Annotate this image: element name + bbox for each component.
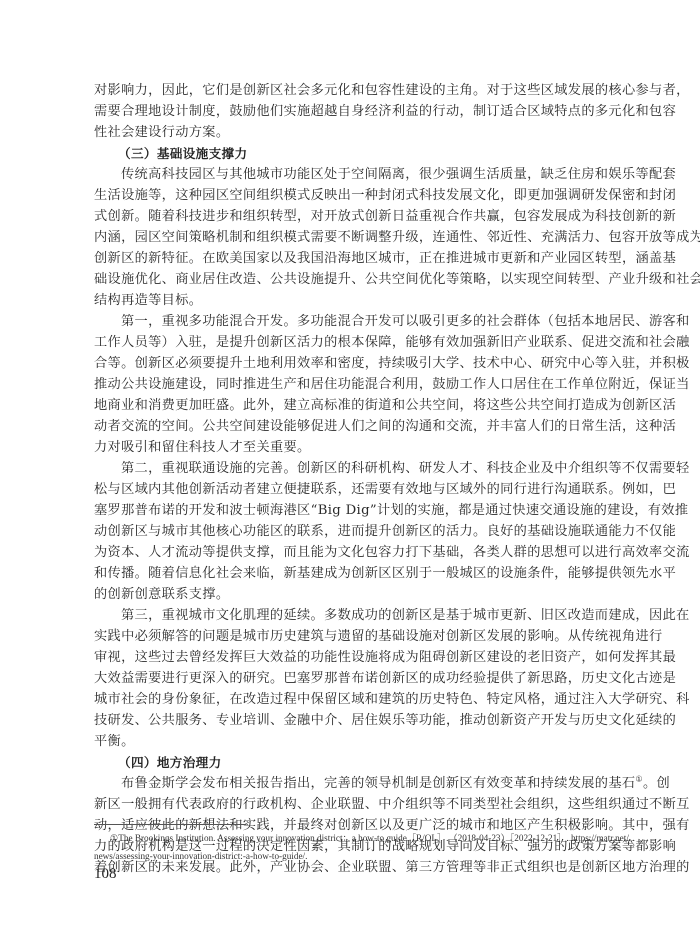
body-line: 动者交流的空间。公共空间建设能够促进人们之间的沟通和交流，并丰富人们的日常生活，…	[94, 416, 610, 437]
footnote: ①The Brookings Institution. Assessing yo…	[94, 829, 614, 865]
body-line: 审视，这些过去曾经发挥巨大效益的功能性设施将成为阻碍创新区建设的老旧资产，如何发…	[94, 647, 610, 668]
body-line: 平衡。	[94, 731, 610, 752]
body-line: 对影响力，因此，它们是创新区社会多元化和包容性建设的主角。对于这些区域发展的核心…	[94, 80, 610, 101]
body-line: 传统高科技园区与其他城市功能区处于空间隔离，很少强调生活质量，缺乏住房和娱乐等配…	[94, 164, 610, 185]
body-line: 需要合理地设计制度，鼓励他们实施超越自身经济利益的行动，制订适合区域特点的多元化…	[94, 101, 610, 122]
body-line: 第三，重视城市文化肌理的延续。多数成功的创新区是基于城市更新、旧区改造而建成，因…	[94, 605, 610, 626]
footnote-line: news/assessing-your-innovation-district:…	[94, 847, 614, 865]
body-line: 第二，重视联通设施的完善。创新区的科研机构、研发人才、科技企业及中介组织等不仅需…	[94, 458, 610, 479]
paragraph: 第三，重视城市文化肌理的延续。多数成功的创新区是基于城市更新、旧区改造而建成，因…	[94, 605, 610, 752]
body-line: 工作人员等）入驻，是提升创新区活力的根本保障，能够有效加强新旧产业联系、促进交流…	[94, 332, 610, 353]
body-line: 式创新。随着科技进步和组织转型，对开放式创新日益重视合作共赢，包容发展成为科技创…	[94, 206, 610, 227]
body-line: 技研发、公共服务、专业培训、金融中介、居住娱乐等功能，推动创新资产开发与历史文化…	[94, 710, 610, 731]
body-line: 合等。创新区必须要提升土地利用效率和密度，持续吸引大学、技术中心、研究中心等入驻…	[94, 353, 610, 374]
paragraph: 传统高科技园区与其他城市功能区处于空间隔离，很少强调生活质量，缺乏住房和娱乐等配…	[94, 164, 610, 311]
body-text: 布鲁金斯学会发布相关报告指出，完善的领导机制是创新区有效变革和持续发展的基石	[121, 776, 635, 791]
body-line: 和传播。随着信息化社会来临，新基建成为创新区区别于一般城区的设施条件，能够提供领…	[94, 563, 610, 584]
body-line: 力对吸引和留住科技人才至关重要。	[94, 437, 610, 458]
body-line: 础设施优化、商业居住改造、公共设施提升、公共空间优化等策略，以实现空间转型、产业…	[94, 269, 610, 290]
body-line: 生活设施等，这种园区空间组织模式反映出一种封闭式科技发展文化，即更加强调研发保密…	[94, 185, 610, 206]
page-body: 对影响力，因此，它们是创新区社会多元化和包容性建设的主角。对于这些区域发展的核心…	[94, 80, 610, 878]
footnote-reference[interactable]: ①	[635, 775, 643, 784]
body-line: 为资本、人才流动等提供支撑，而且能为文化包容力打下基础，各类人群的思想可以进行高…	[94, 542, 610, 563]
body-line: 创新区的新特征。在欧美国家以及我国沿海地区城市，正在推进城市更新和产业园区转型，…	[94, 248, 610, 269]
body-line: 新区一般拥有代表政府的行政机构、企业联盟、中介组织等不同类型社会组织，这些组织通…	[94, 794, 610, 815]
section-heading-4: （四）地方治理力	[94, 752, 610, 773]
page-number: 108	[94, 866, 117, 883]
body-line: 推动公共设施建设，同时推进生产和居住功能混合利用，鼓励工作人口居住在工作单位附近…	[94, 374, 610, 395]
body-line: 塞罗那普布诺的开发和波士顿海港区“Big Dig”计划的实施，都是通过快速交通设…	[94, 500, 610, 521]
section-heading-3: （三）基础设施支撑力	[94, 143, 610, 164]
body-line: 结构再造等目标。	[94, 290, 610, 311]
body-line: 布鲁金斯学会发布相关报告指出，完善的领导机制是创新区有效变革和持续发展的基石①。…	[94, 773, 610, 794]
body-line: 大效益需要进行更深入的研究。巴塞罗那普布诺创新区的成功经验提供了新思路，历史文化…	[94, 668, 610, 689]
body-line: 松与区域内其他创新活动者建立便捷联系，还需要有效地与区域外的同行进行沟通联系。例…	[94, 479, 610, 500]
body-line: 动创新区与城市其他核心功能区的联系，进而提升创新区的活力。良好的基础设施联通能力…	[94, 521, 610, 542]
footnote-divider	[94, 824, 246, 825]
body-line: 城市社会的身份象征，在改造过程中保留区域和建筑的历史特色、特定风格，通过注入大学…	[94, 689, 610, 710]
body-text: 。创	[643, 776, 670, 791]
footnote-line: ①The Brookings Institution. Assessing yo…	[94, 829, 614, 847]
body-line: 实践中必须解答的问题是城市历史建筑与遗留的基础设施对创新区发展的影响。从传统视角…	[94, 626, 610, 647]
body-line: 第一，重视多功能混合开发。多功能混合开发可以吸引更多的社会群体（包括本地居民、游…	[94, 311, 610, 332]
paragraph: 第一，重视多功能混合开发。多功能混合开发可以吸引更多的社会群体（包括本地居民、游…	[94, 311, 610, 458]
body-line: 内涵，园区空间策略机制和组织模式需要不断调整升级，连通性、邻近性、充满活力、包容…	[94, 227, 610, 248]
paragraph: 第二，重视联通设施的完善。创新区的科研机构、研发人才、科技企业及中介组织等不仅需…	[94, 458, 610, 605]
body-line: 性社会建设行动方案。	[94, 122, 610, 143]
body-line: 地商业和消费更加旺盛。此外，建立高标准的街道和公共空间，将这些公共空间打造成为创…	[94, 395, 610, 416]
body-line: 的创新创意联系支撑。	[94, 584, 610, 605]
